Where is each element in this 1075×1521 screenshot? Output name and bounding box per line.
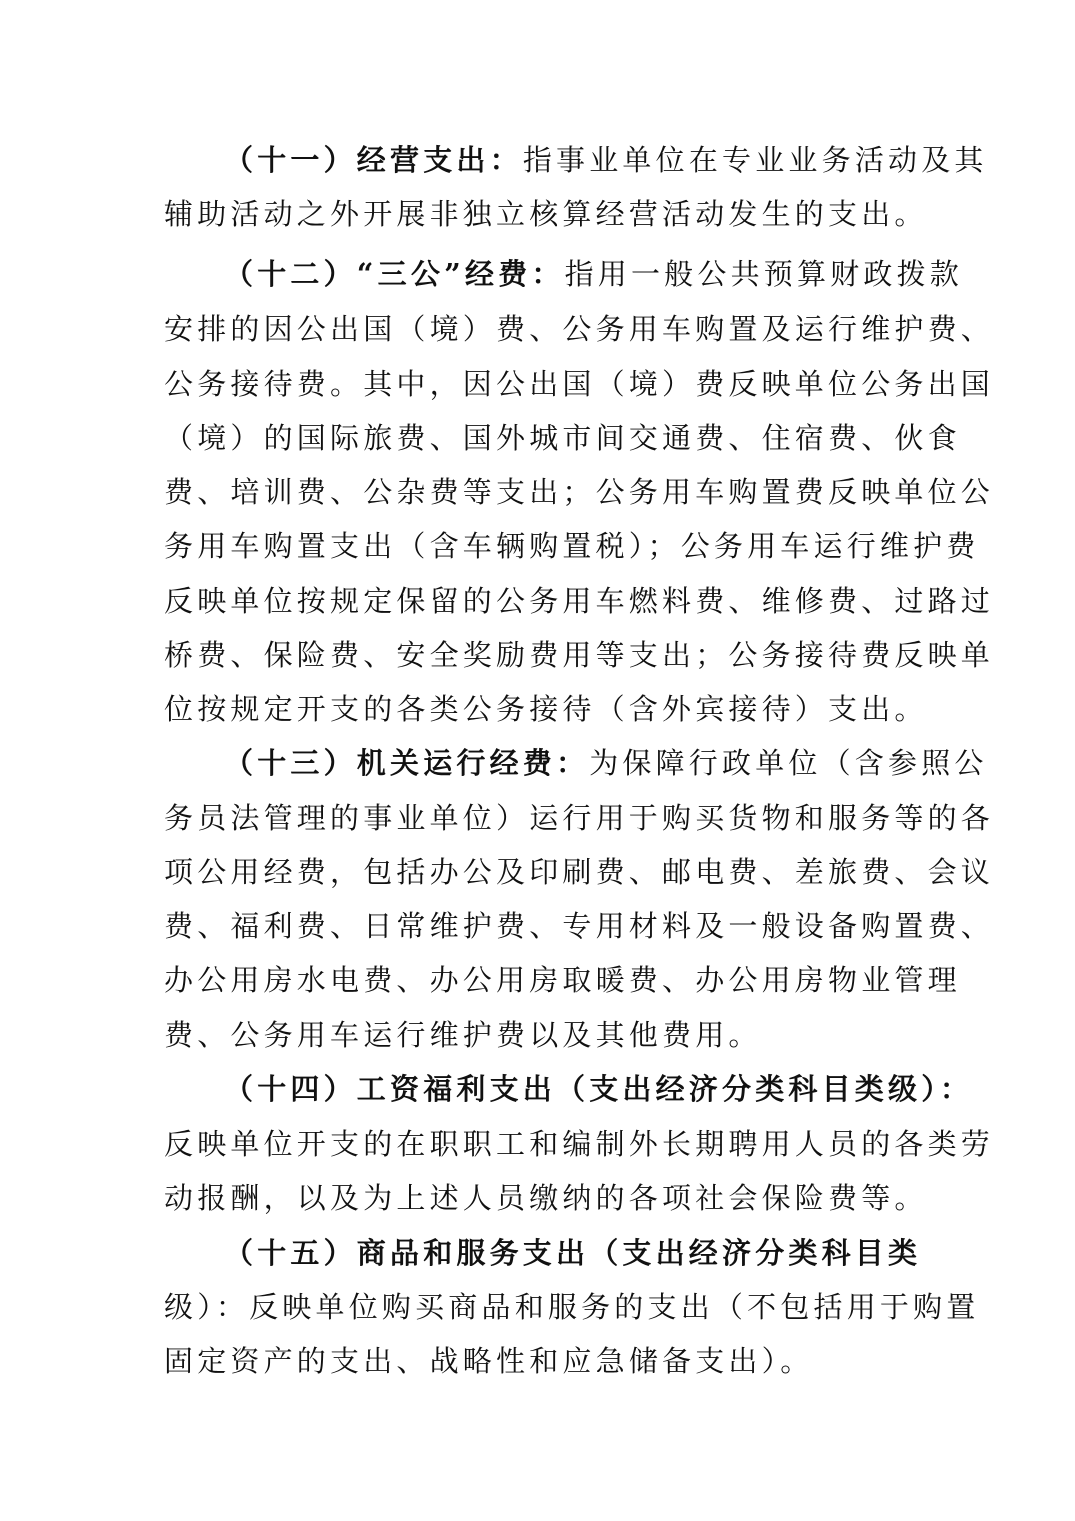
section-12-line-2: 安排的因公出国（境）费、公务用车购置及运行维护费、 (164, 309, 884, 349)
section-13-line-6: 费、公务用车运行维护费以及其他费用。 (164, 1015, 884, 1055)
document-page: （十一）经营支出：指事业单位在专业业务活动及其 辅助活动之外开展非独立核算经营活… (0, 0, 1075, 1521)
section-13-line-4: 费、福利费、日常维护费、专用材料及一般设备购置费、 (164, 906, 884, 946)
section-14-line-1: （十四）工资福利支出（支出经济分类科目类级）： (224, 1069, 884, 1109)
section-12-heading: （十二）“三公”经费： (224, 257, 565, 291)
section-12-line-8: 桥费、保险费、安全奖励费用等支出；公务接待费反映单 (164, 635, 884, 675)
section-13-text: 为保障行政单位（含参照公 (589, 746, 987, 780)
section-11-heading: （十一）经营支出： (224, 143, 523, 177)
section-12-line-9: 位按规定开支的各类公务接待（含外宾接待）支出。 (164, 689, 884, 729)
section-13-line-1: （十三）机关运行经费：为保障行政单位（含参照公 (224, 743, 884, 783)
section-12-text: 指用一般公共预算财政拨款 (565, 257, 963, 291)
section-13-line-2: 务员法管理的事业单位）运行用于购买货物和服务等的各 (164, 798, 884, 838)
section-12-line-7: 反映单位按规定保留的公务用车燃料费、维修费、过路过 (164, 581, 884, 621)
section-11-line-2: 辅助活动之外开展非独立核算经营活动发生的支出。 (164, 194, 884, 234)
section-12-line-6: 务用车购置支出（含车辆购置税）；公务用车运行维护费 (164, 526, 884, 566)
section-15-heading: （十五）商品和服务支出（支出经济分类科目类 (224, 1236, 921, 1270)
section-15-line-1: （十五）商品和服务支出（支出经济分类科目类 (224, 1233, 884, 1273)
section-12-line-5: 费、培训费、公杂费等支出；公务用车购置费反映单位公 (164, 472, 884, 512)
section-15-line-2: 级）：反映单位购买商品和服务的支出（不包括用于购置 (164, 1287, 884, 1327)
section-11-line-1: （十一）经营支出：指事业单位在专业业务活动及其 (224, 140, 884, 180)
section-12-line-3: 公务接待费。其中，因公出国（境）费反映单位公务出国 (164, 364, 884, 404)
section-13-heading: （十三）机关运行经费： (224, 746, 589, 780)
section-15-line-3: 固定资产的支出、战略性和应急储备支出）。 (164, 1341, 884, 1381)
section-11-text: 指事业单位在专业业务活动及其 (523, 143, 988, 177)
section-14-line-2: 反映单位开支的在职职工和编制外长期聘用人员的各类劳 (164, 1124, 884, 1164)
section-14-heading: （十四）工资福利支出（支出经济分类科目类级）： (224, 1072, 973, 1106)
section-12-line-1: （十二）“三公”经费：指用一般公共预算财政拨款 (224, 254, 884, 294)
section-13-line-5: 办公用房水电费、办公用房取暖费、办公用房物业管理 (164, 960, 884, 1000)
section-12-line-4: （境）的国际旅费、国外城市间交通费、住宿费、伙食 (164, 418, 884, 458)
section-14-line-3: 动报酬，以及为上述人员缴纳的各项社会保险费等。 (164, 1178, 884, 1218)
section-13-line-3: 项公用经费，包括办公及印刷费、邮电费、差旅费、会议 (164, 852, 884, 892)
